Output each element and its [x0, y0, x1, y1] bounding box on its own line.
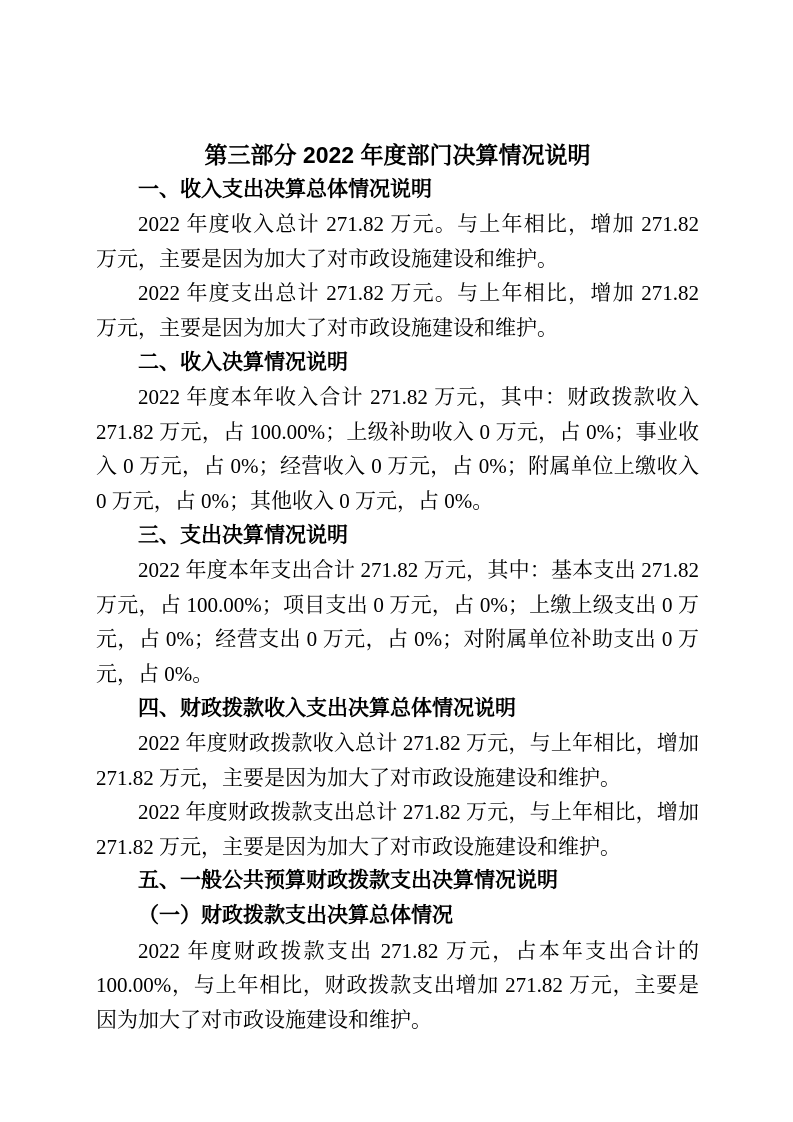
- section-5-subheading: （一）财政拨款支出决算总体情况: [96, 899, 699, 934]
- section-5-paragraph-appropriation-overview: 2022 年度财政拨款支出 271.82 万元，占本年支出合计的 100.00%…: [96, 934, 699, 1038]
- section-2-paragraph-income-detail: 2022 年度本年收入合计 271.82 万元，其中：财政拨款收入 271.82…: [96, 380, 699, 518]
- section-1-heading: 一、收入支出决算总体情况说明: [96, 173, 699, 208]
- section-3-paragraph-expenditure-detail: 2022 年度本年支出合计 271.82 万元，其中：基本支出 271.82 万…: [96, 553, 699, 691]
- section-4-paragraph-appropriation-income: 2022 年度财政拨款收入总计 271.82 万元，与上年相比，增加 271.8…: [96, 726, 699, 795]
- section-2-heading: 二、收入决算情况说明: [96, 346, 699, 381]
- section-1-paragraph-income-total: 2022 年度收入总计 271.82 万元。与上年相比，增加 271.82 万元…: [96, 207, 699, 276]
- section-1-paragraph-expenditure-total: 2022 年度支出总计 271.82 万元。与上年相比，增加 271.82 万元…: [96, 276, 699, 345]
- document-page: 第三部分 2022 年度部门决算情况说明 一、收入支出决算总体情况说明 2022…: [0, 0, 793, 1122]
- document-title: 第三部分 2022 年度部门决算情况说明: [96, 138, 699, 173]
- document-content: 第三部分 2022 年度部门决算情况说明 一、收入支出决算总体情况说明 2022…: [96, 138, 699, 1037]
- section-3-heading: 三、支出决算情况说明: [96, 519, 699, 554]
- section-5-heading: 五、一般公共预算财政拨款支出决算情况说明: [96, 864, 699, 899]
- section-4-heading: 四、财政拨款收入支出决算总体情况说明: [96, 692, 699, 727]
- section-4-paragraph-appropriation-expenditure: 2022 年度财政拨款支出总计 271.82 万元，与上年相比，增加 271.8…: [96, 795, 699, 864]
